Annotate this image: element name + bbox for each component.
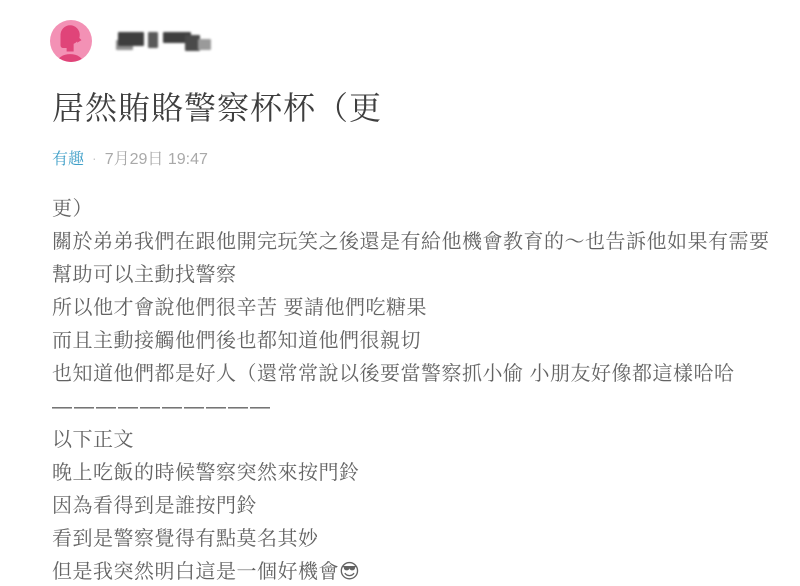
post-header [50, 20, 782, 62]
body-divider-line: —————————— [52, 391, 782, 424]
body-line: 所以他才會說他們很辛苦 要請他們吃糖果 [52, 292, 782, 325]
username-censored [113, 29, 213, 53]
censor-block [198, 39, 211, 50]
post-timestamp: 7月29日 19:47 [105, 146, 208, 169]
censor-block [118, 32, 144, 46]
body-line: 因為看得到是誰按門鈴 [52, 490, 782, 523]
censor-block [148, 32, 158, 48]
female-person-icon [50, 20, 92, 62]
meta-separator: · [92, 150, 97, 166]
post-meta: 有趣 · 7月29日 19:47 [52, 146, 782, 169]
dcard-post-page: 居然賄賂警察杯杯（更 有趣 · 7月29日 19:47 更） 關於弟弟我們在跟他… [0, 0, 800, 586]
body-line: 看到是警察覺得有點莫名其妙 [52, 523, 782, 556]
post-body: 更） 關於弟弟我們在跟他開完玩笑之後還是有給他機會教育的～也告訴他如果有需要幫助… [52, 193, 782, 586]
body-line: 以下正文 [52, 424, 782, 457]
post-title: 居然賄賂警察杯杯（更 [52, 88, 782, 128]
body-line: 而且主動接觸他們後也都知道他們很親切 [52, 325, 782, 358]
body-line: 晚上吃飯的時候警察突然來按門鈴 [52, 457, 782, 490]
body-line: 關於弟弟我們在跟他開完玩笑之後還是有給他機會教育的～也告訴他如果有需要幫助可以主… [52, 226, 782, 292]
avatar [50, 20, 92, 62]
body-line: 也知道他們都是好人（還常常說以後要當警察抓小偷 小朋友好像都這樣哈哈 [52, 358, 782, 391]
body-line: 但是我突然明白這是一個好機會😎 [52, 556, 782, 586]
topic-link[interactable]: 有趣 [52, 146, 84, 169]
body-line: 更） [52, 193, 782, 226]
